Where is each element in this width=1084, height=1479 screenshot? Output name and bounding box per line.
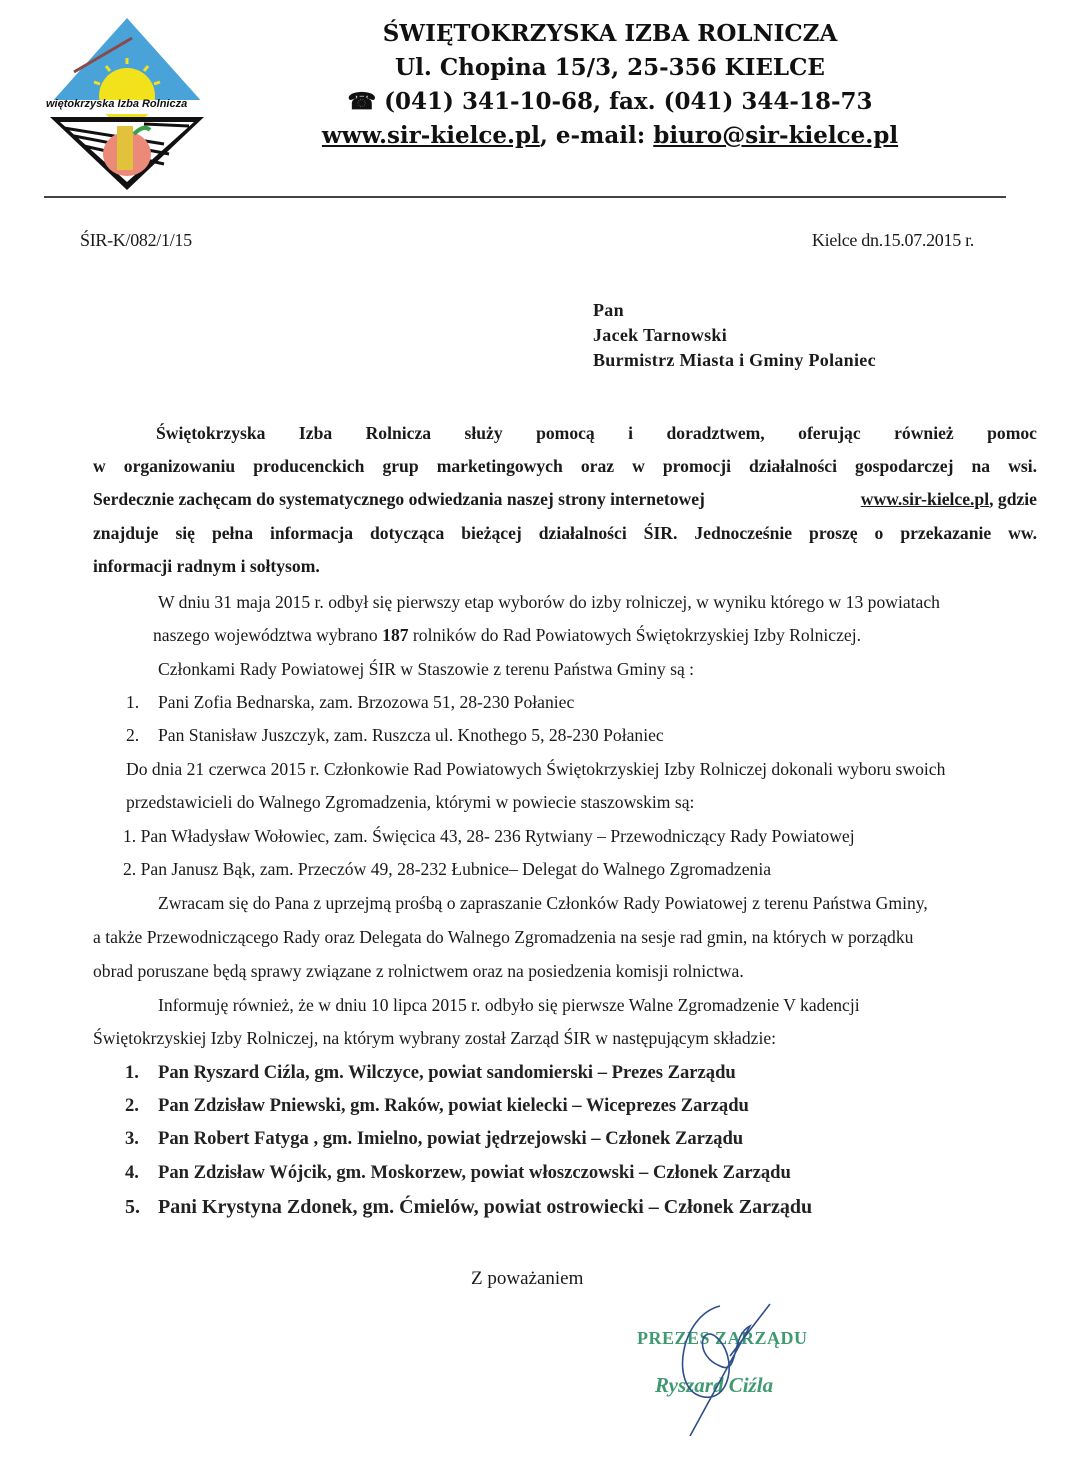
request-line: Zwracam się do Pana z uprzejmą prośbą o … [158,893,928,914]
organization-phone: ☎ (041) 341-10-68, fax. (041) 344-18-73 [300,88,920,115]
elected-count: 187 [382,625,408,645]
intro-text: , gdzie [989,489,1037,509]
member-item: 2.Pan Stanisław Juszczyk, zam. Ruszcza u… [126,725,139,746]
delegate-item: 2. Pan Janusz Bąk, zam. Przeczów 49, 28-… [123,859,771,880]
organization-name: ŚWIĘTOKRZYSKA IZBA ROLNICZA [300,20,920,47]
list-number: 2. [125,1095,139,1116]
letter-date: Kielce dn.15.07.2015 r. [812,230,974,251]
board-member: 1.Pan Ryszard Ciźla, gm. Wilczyce, powia… [125,1062,139,1084]
phone-numbers: (041) 341-10-68, fax. (041) 344-18-73 [376,88,872,115]
delegates-line: Do dnia 21 czerwca 2015 r. Członkowie Ra… [126,759,945,780]
elections-text: rolników do Rad Powiatowych Świętokrzysk… [409,625,861,645]
closing-regards: Z poważaniem [471,1268,583,1290]
intro-line: Serdecznie zachęcam do systematycznego o… [93,489,1037,510]
list-number: 3. [125,1128,139,1149]
members-intro: Członkami Rady Powiatowej ŚIR w Staszowi… [158,659,694,680]
website-link[interactable]: www.sir-kielce.pl [322,122,540,149]
board-line: Informuję również, że w dniu 10 lipca 20… [158,995,860,1016]
list-number: 1. [126,692,139,712]
recipient-title: Burmistrz Miasta i Gminy Polaniec [593,350,876,371]
board-member-text: Pani Krystyna Zdonek, gm. Ćmielów, powia… [158,1196,812,1219]
elections-line: naszego województwa wybrano 187 rolników… [153,625,861,646]
elections-line: W dniu 31 maja 2015 r. odbył się pierwsz… [158,592,940,613]
board-member-text: Pan Zdzisław Pniewski, gm. Raków, powiat… [158,1095,749,1117]
board-member: 4.Pan Zdzisław Wójcik, gm. Moskorzew, po… [125,1162,139,1184]
request-line: a także Przewodniczącego Rady oraz Deleg… [93,927,913,948]
website-link[interactable]: www.sir-kielce.pl [861,489,989,509]
recipient-name: Jacek Tarnowski [593,325,727,346]
intro-line: Świętokrzyska Izba Rolnicza służy pomocą… [156,423,1037,444]
delegates-line: przedstawicieli do Walnego Zgromadzenia,… [126,792,694,813]
request-line: obrad poruszane będą sprawy związane z r… [93,961,744,982]
intro-line: w organizowaniu producenckich grup marke… [93,456,1037,477]
board-member-text: Pan Zdzisław Wójcik, gm. Moskorzew, powi… [158,1162,791,1184]
telephone-icon: ☎ [348,88,377,115]
email-link[interactable]: biuro@sir-kielce.pl [653,122,898,149]
board-line: Świętokrzyskiej Izby Rolniczej, na który… [93,1028,776,1049]
elections-text: naszego województwa wybrano [153,625,382,645]
list-number: 4. [125,1162,139,1183]
board-member-text: Pan Robert Fatyga , gm. Imielno, powiat … [158,1128,743,1150]
signature-icon [660,1296,790,1436]
organization-address: Ul. Chopina 15/3, 25-356 KIELCE [300,54,920,81]
list-number: 2. [126,725,139,745]
intro-line: znajduje się pełna informacja dotycząca … [93,523,1037,544]
recipient-salutation: Pan [593,300,624,321]
board-member: 2.Pan Zdzisław Pniewski, gm. Raków, powi… [125,1095,139,1117]
member-item: 1.Pani Zofia Bednarska, zam. Brzozowa 51… [126,692,139,713]
board-member: 5.Pani Krystyna Zdonek, gm. Ćmielów, pow… [125,1196,140,1219]
list-number: 5. [125,1196,140,1218]
intro-text: Serdecznie zachęcam do systematycznego o… [93,489,705,510]
delegate-item: 1. Pan Władysław Wołowiec, zam. Święcica… [123,826,855,847]
list-number: 1. [125,1062,139,1083]
board-member-text: Pan Ryszard Ciźla, gm. Wilczyce, powiat … [158,1062,736,1084]
member-text: Pani Zofia Bednarska, zam. Brzozowa 51, … [158,692,574,713]
intro-line: informacji radnym i sołtysom. [93,556,320,577]
member-text: Pan Stanisław Juszczyk, zam. Ruszcza ul.… [158,725,664,746]
organization-contact: www.sir-kielce.pl, e-mail: biuro@sir-kie… [300,122,920,149]
organization-logo: więtokrzyska Izba Rolnicza [44,14,210,190]
header-divider [44,196,1006,198]
logo-text: więtokrzyska Izba Rolnicza [46,98,187,110]
email-label: , e-mail: [540,122,653,149]
reference-number: ŚIR-K/082/1/15 [80,230,192,251]
board-member: 3.Pan Robert Fatyga , gm. Imielno, powia… [125,1128,139,1150]
